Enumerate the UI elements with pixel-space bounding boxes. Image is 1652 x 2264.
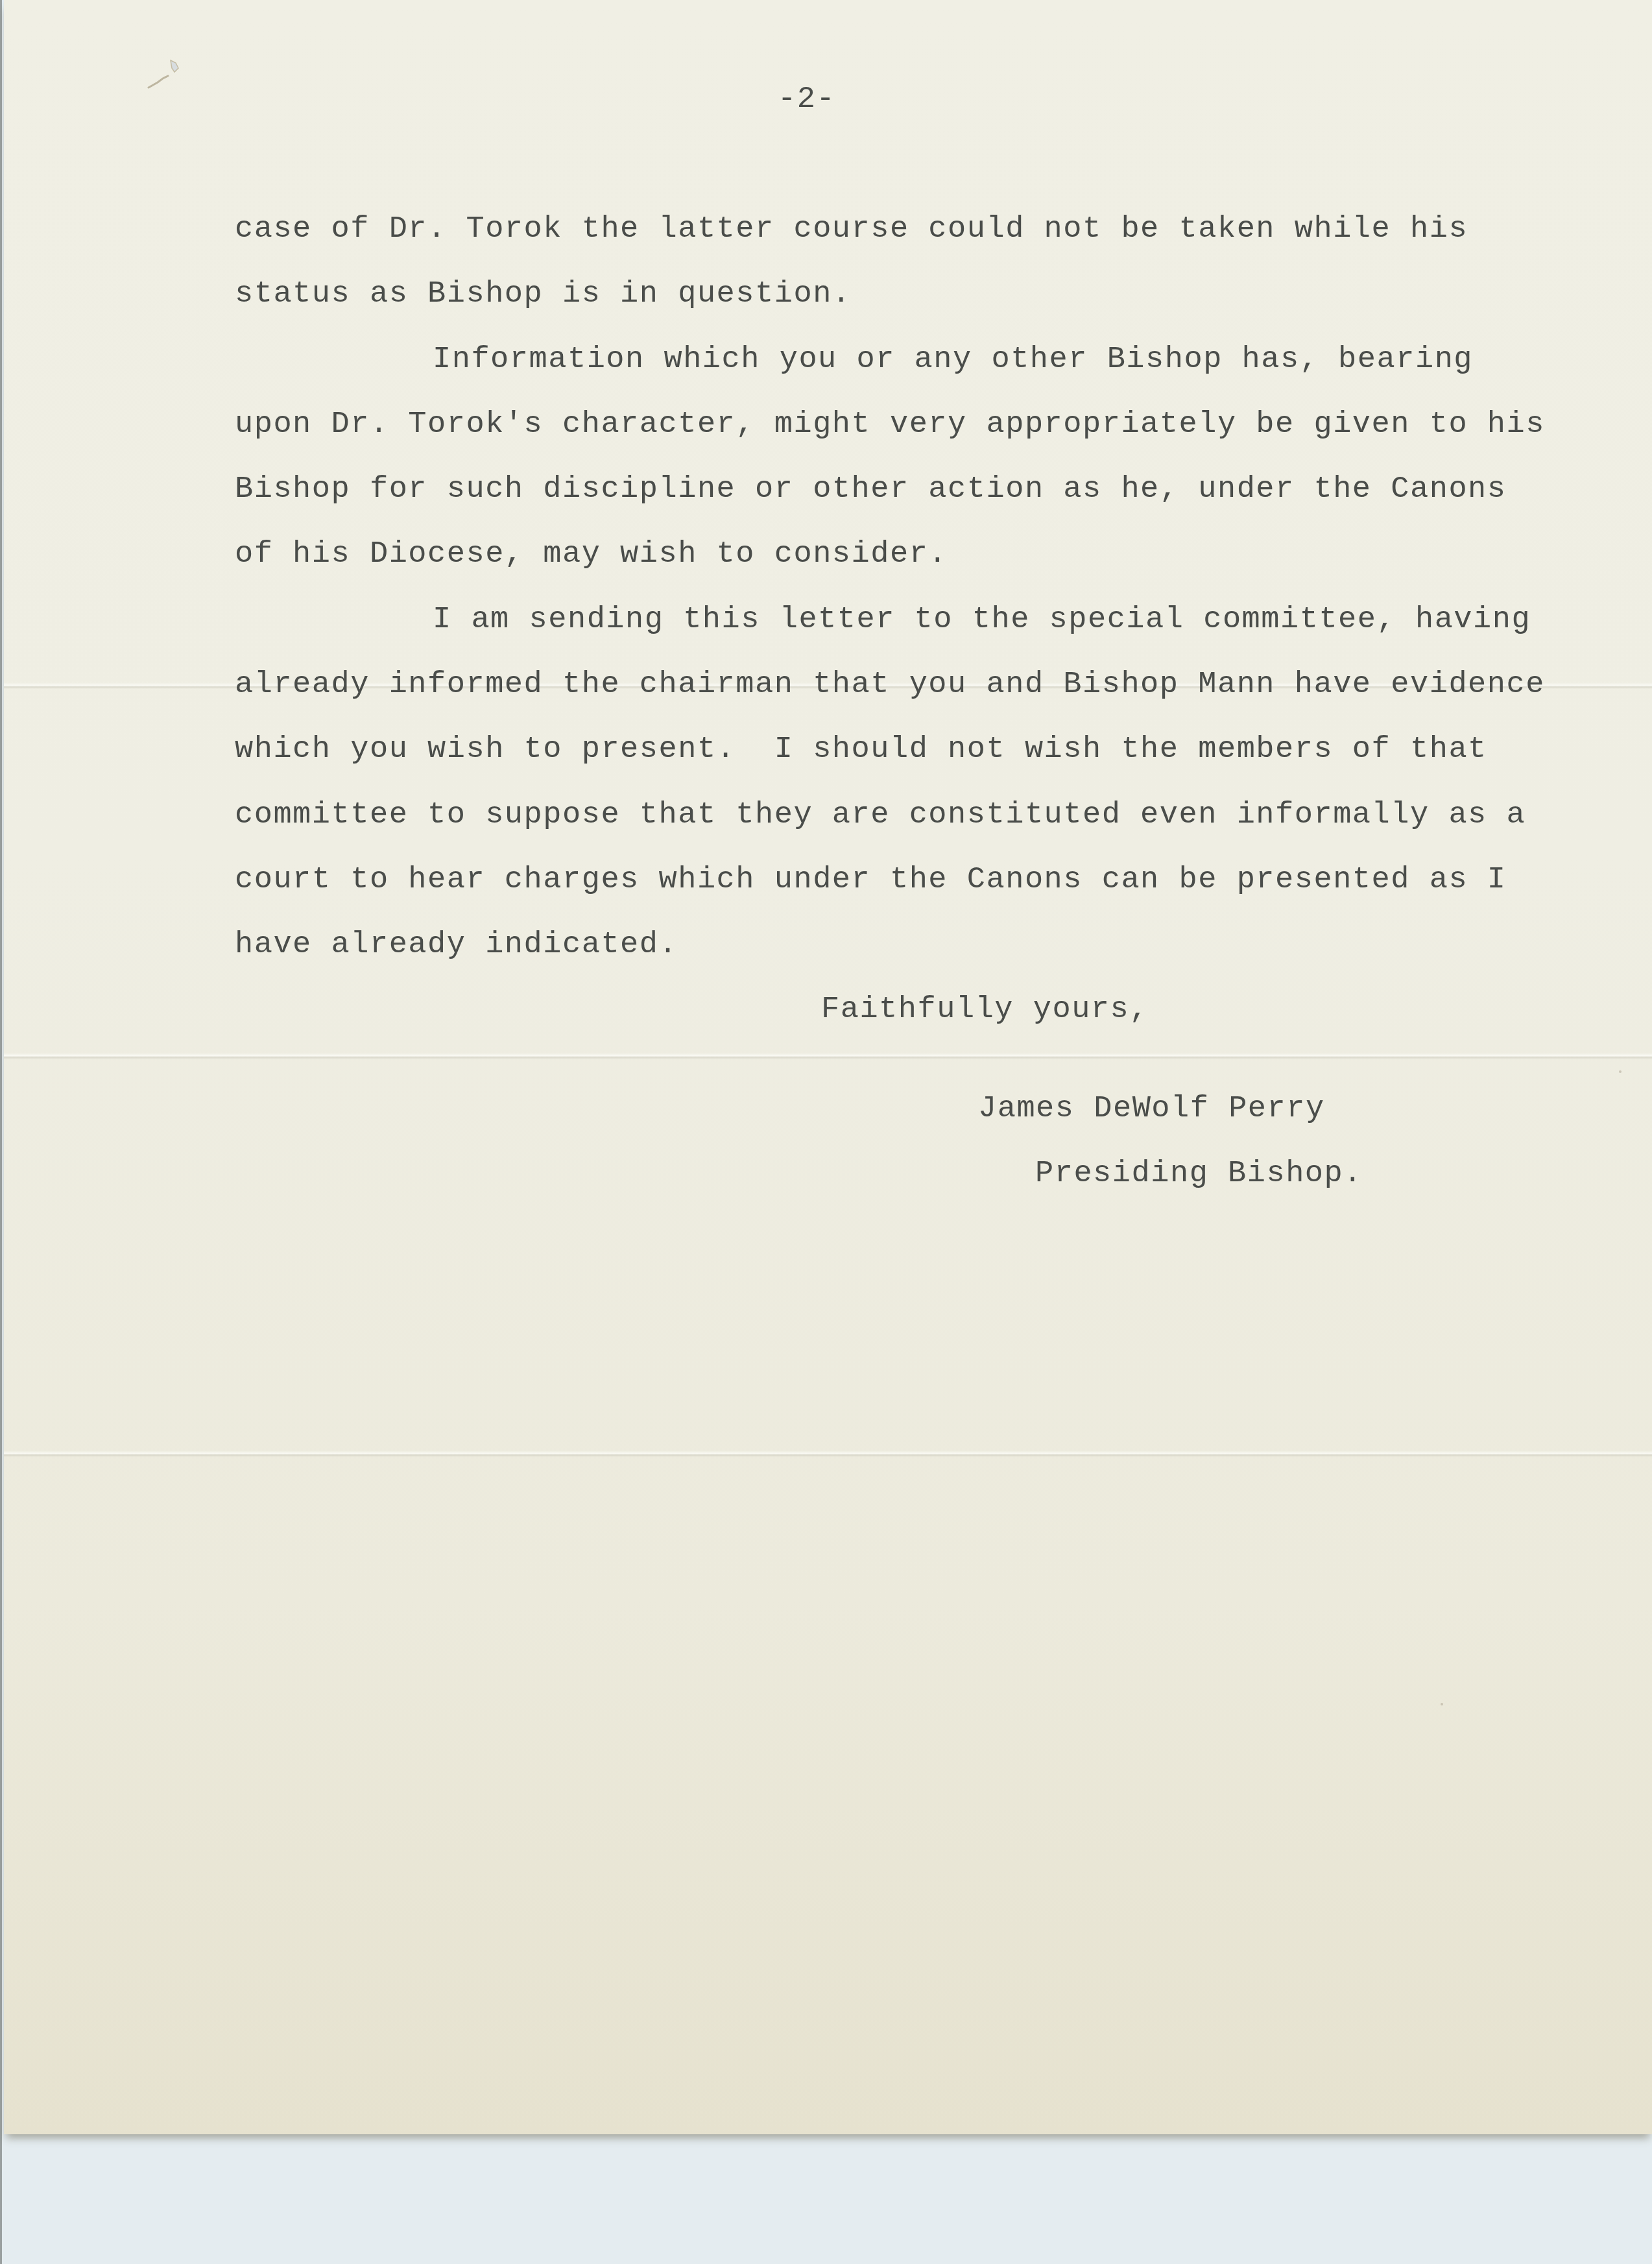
text-line: court to hear charges which under the Ca… <box>235 865 1507 895</box>
scan-edge <box>0 0 2 2264</box>
text-line: case of Dr. Torok the latter course coul… <box>235 214 1468 245</box>
paper-speck <box>1619 1070 1622 1073</box>
text-line: of his Diocese, may wish to consider. <box>235 539 948 570</box>
text-line: Information which you or any other Bisho… <box>433 344 1473 375</box>
page-number: -2- <box>778 84 835 115</box>
text-line: already informed the chairman that you a… <box>235 669 1545 700</box>
text-line: have already indicated. <box>235 930 678 960</box>
paper-tear-mark <box>143 55 189 94</box>
letter-page: -2- case of Dr. Torok the latter course … <box>4 0 1652 2134</box>
text-line: Bishop for such discipline or other acti… <box>235 474 1507 505</box>
closing-salutation: Faithfully yours, <box>821 994 1149 1025</box>
text-line: status as Bishop is in question. <box>235 279 852 309</box>
signature-name: James DeWolf Perry <box>978 1094 1325 1124</box>
signature-title: Presiding Bishop. <box>1035 1159 1363 1189</box>
paper-fold <box>4 1053 1652 1059</box>
text-line: I am sending this letter to the special … <box>433 605 1531 635</box>
paper-fold <box>4 1451 1652 1457</box>
text-line: committee to suppose that they are const… <box>235 800 1526 830</box>
text-line: which you wish to present. I should not … <box>235 734 1487 765</box>
text-line: upon Dr. Torok's character, might very a… <box>235 409 1545 440</box>
paper-speck <box>1441 1703 1443 1705</box>
